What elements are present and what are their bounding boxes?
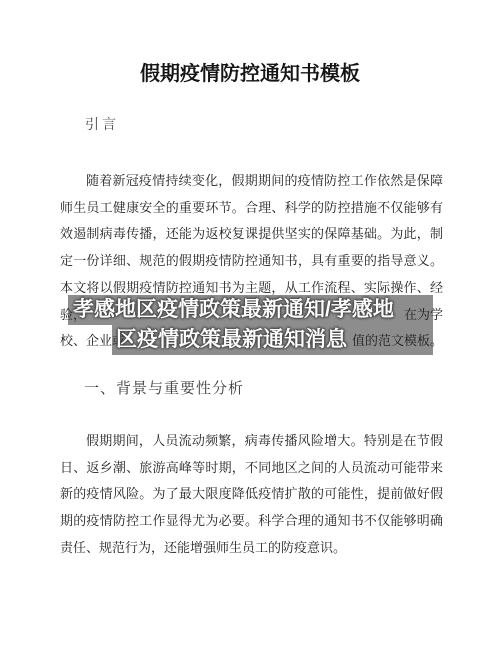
intro-heading: 引言 bbox=[85, 114, 500, 134]
paragraph-2-last-line: 责任、规范行为，还能增强师生员工的防疫意识。 bbox=[60, 535, 443, 562]
page-title: 假期疫情防控通知书模板 bbox=[0, 0, 500, 88]
text-line: 新的疫情风险。为了最大限度降低疫情扩散的可能性，提前做好假 bbox=[60, 481, 443, 508]
section-heading: 一、背景与重要性分析 bbox=[60, 378, 443, 400]
text-line: 效遏制病毒传播，还能为返校复课提供坚实的保障基础。为此，制 bbox=[60, 221, 443, 248]
paragraph-2-last-line-wrap: 责任、规范行为，还能增强师生员工的防疫意识。 bbox=[60, 535, 443, 562]
watermark-text-line-1: 孝感地区疫情政策最新通知/孝感地 bbox=[68, 295, 433, 325]
text-line: 定一份详细、规范的假期疫情防控通知书，具有重要的指导意义。 bbox=[60, 248, 443, 275]
text-line: 随着新冠疫情持续变化，假期期间的疫情防控工作依然是保障 bbox=[60, 168, 443, 195]
text-line: 假期期间，人员流动频繁，病毒传播风险增大。特别是在节假 bbox=[60, 428, 443, 455]
paragraph-2: 假期期间，人员流动频繁，病毒传播风险增大。特别是在节假日、返乡潮、旅游高峰等时期… bbox=[60, 428, 443, 535]
document-body: 随着新冠疫情持续变化，假期期间的疫情防控工作依然是保障师生员工健康安全的重要环节… bbox=[60, 168, 443, 561]
text-line: 日、返乡潮、旅游高峰等时期，不同地区之间的人员流动可能带来 bbox=[60, 455, 443, 482]
text-line: 期的疫情防控工作显得尤为必要。科学合理的通知书不仅能够明确 bbox=[60, 508, 443, 535]
watermark-text-line-2: 区疫情政策最新通知消息 bbox=[68, 325, 433, 355]
watermark-overlay: 孝感地区疫情政策最新通知/孝感地 区疫情政策最新通知消息 bbox=[68, 295, 433, 355]
paragraph-1: 随着新冠疫情持续变化，假期期间的疫情防控工作依然是保障师生员工健康安全的重要环节… bbox=[60, 168, 443, 302]
text-line: 师生员工健康安全的重要环节。合理、科学的防控措施不仅能够有 bbox=[60, 195, 443, 222]
document-page: 假期疫情防控通知书模板 引言 随着新冠疫情持续变化，假期期间的疫情防控工作依然是… bbox=[0, 0, 500, 647]
